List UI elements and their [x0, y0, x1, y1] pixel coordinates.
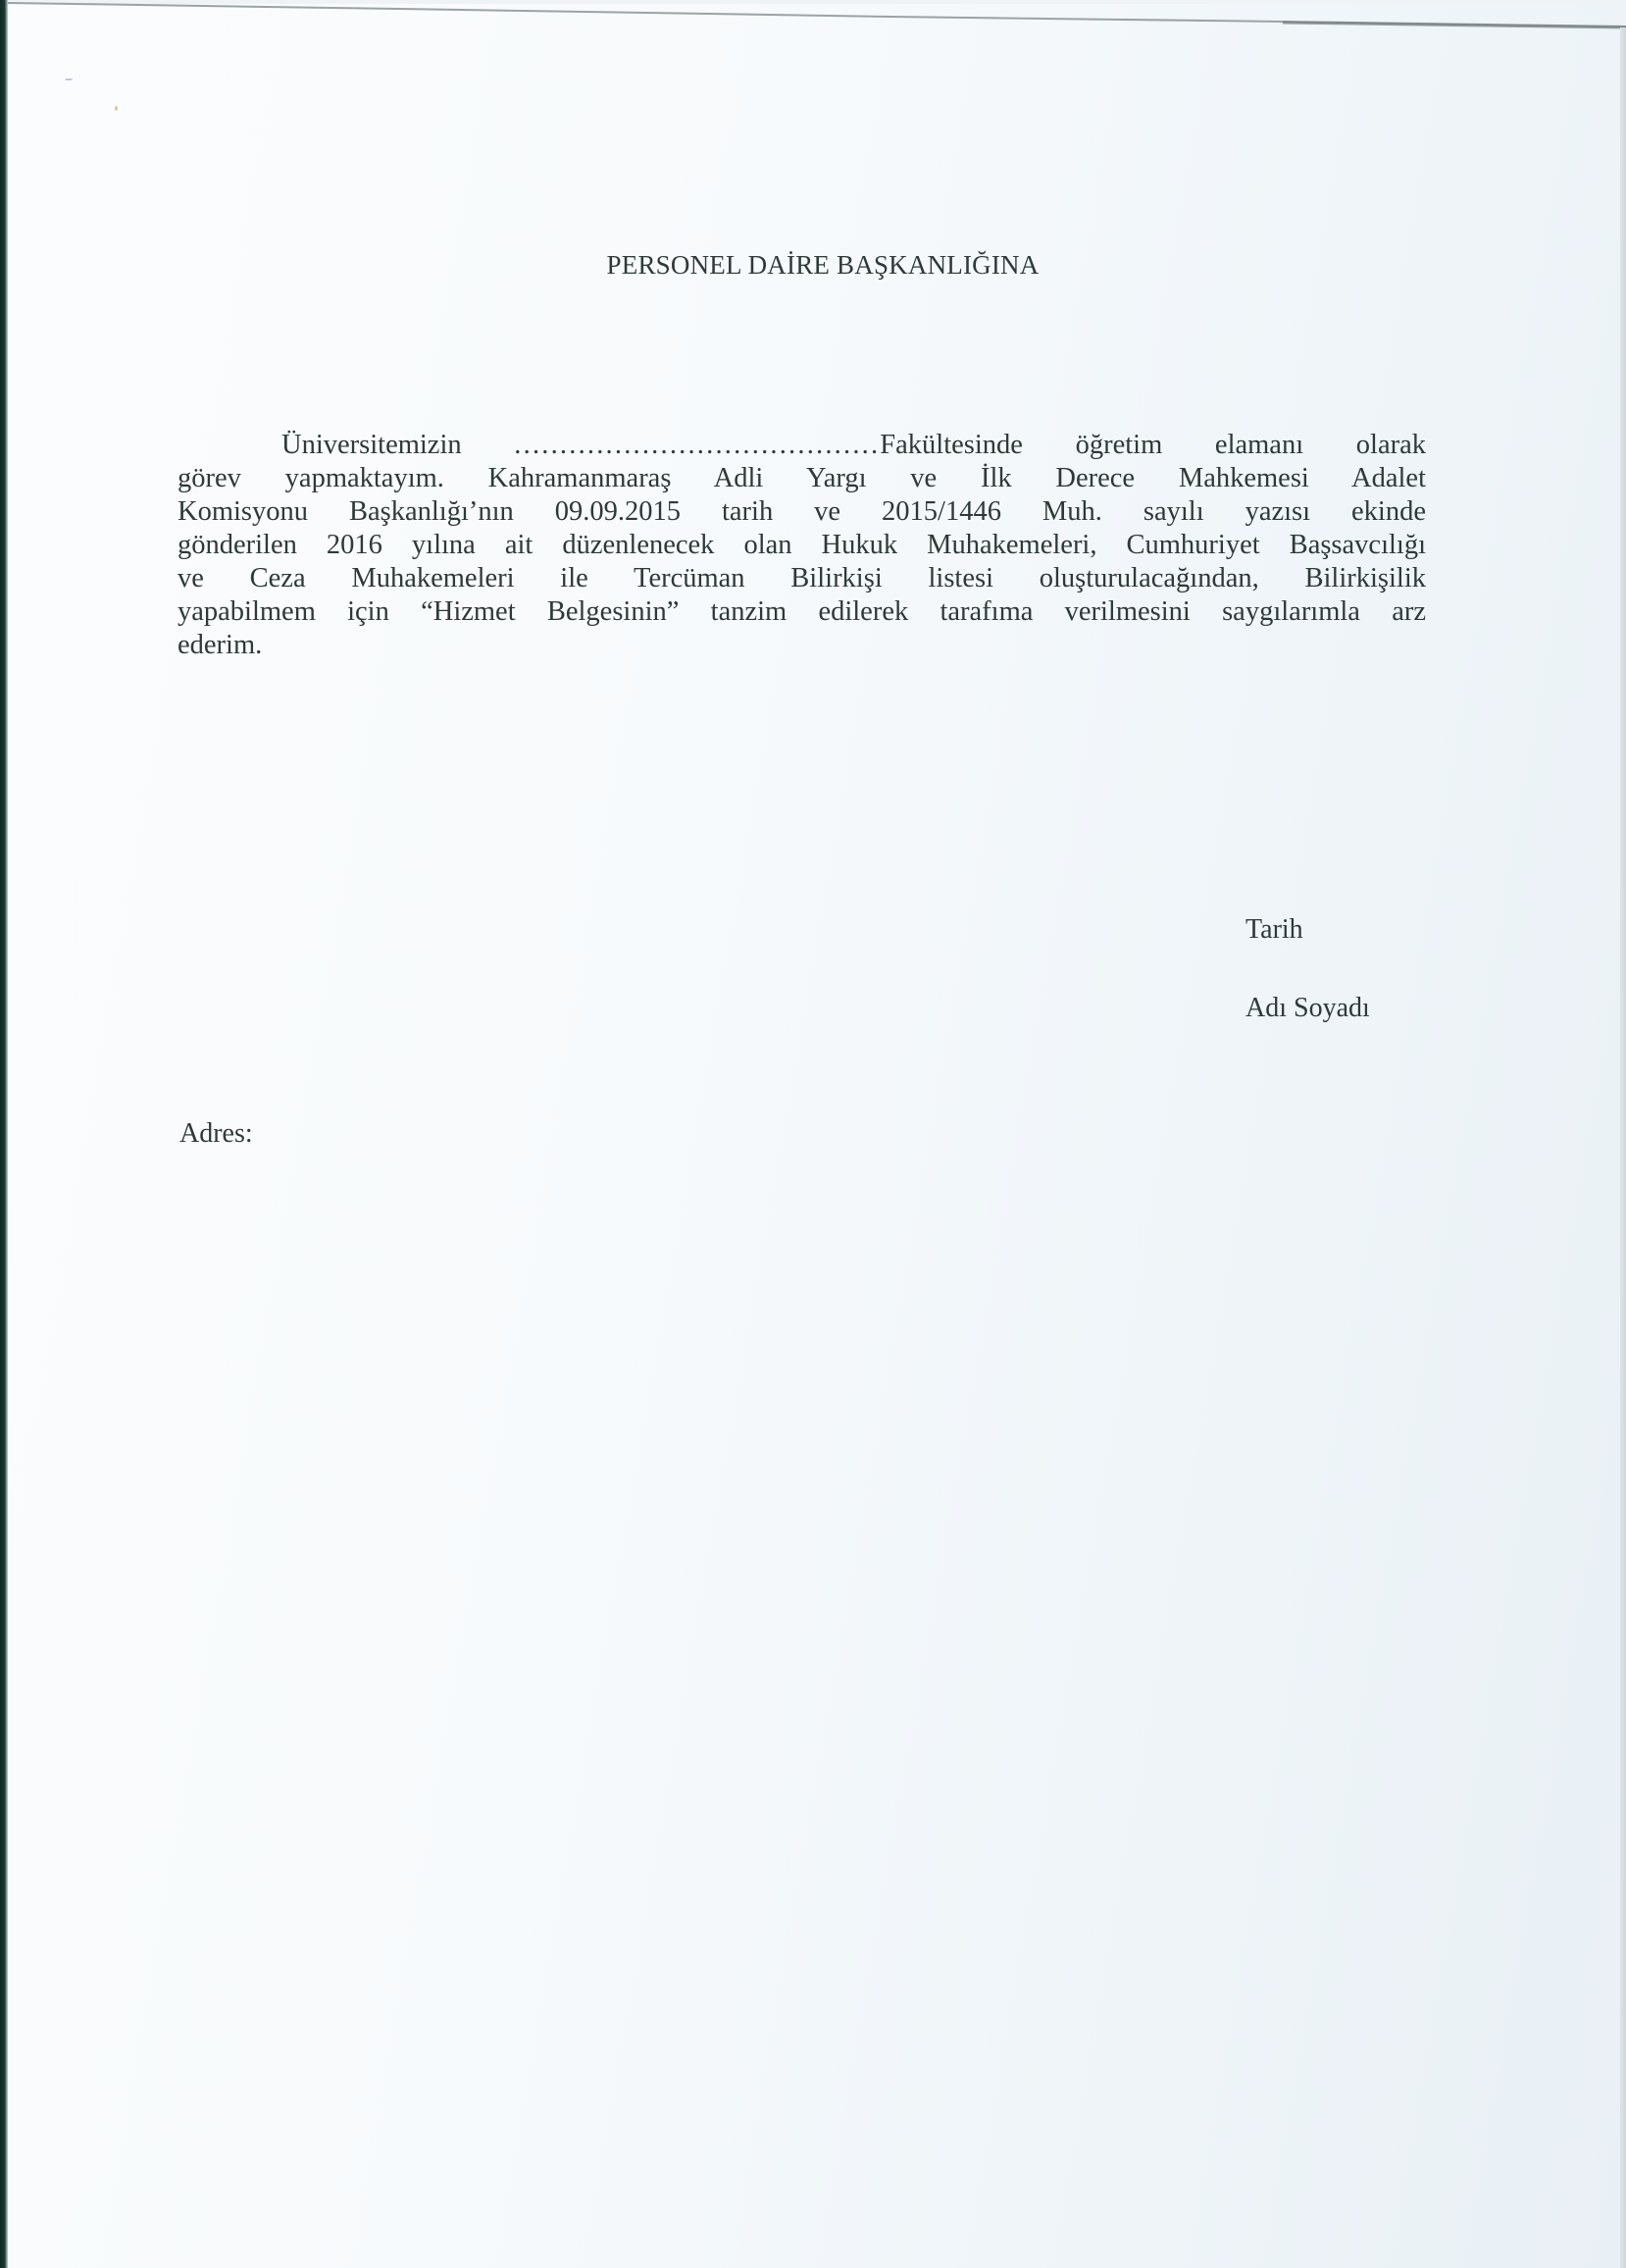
- body-line: gönderilen 2016 yılına ait düzenlenecek …: [178, 529, 1426, 562]
- date-label: Tarih: [1245, 914, 1370, 957]
- body-line: Üniversitemizin ........................…: [178, 429, 1426, 462]
- body-line: ve Ceza Muhakemeleri ile Tercüman Bilirk…: [178, 562, 1426, 595]
- body-line: Komisyonu Başkanlığı’nın 09.09.2015 tari…: [178, 495, 1426, 529]
- address-label: Adres:: [179, 1118, 253, 1150]
- signature-block: Tarih Adı Soyadı: [1245, 914, 1370, 1071]
- body-paragraph: Üniversitemizin ........................…: [178, 429, 1426, 662]
- body-line: yapabilmem için “Hizmet Belgesinin” tanz…: [178, 595, 1426, 629]
- scan-speck: [65, 78, 73, 80]
- body-text: Fakültesinde öğretim elamanı olarak: [880, 430, 1426, 460]
- university-label: Üniversitemizin: [281, 430, 462, 460]
- body-line: ederim.: [178, 629, 1426, 662]
- scan-speck: [115, 106, 118, 111]
- document-title: PERSONEL DAİRE BAŞKANLIĞINA: [0, 250, 1626, 281]
- name-surname-label: Adı Soyadı: [1245, 993, 1370, 1036]
- scanner-edge-left: [0, 0, 8, 2268]
- scanner-edge-right: [1620, 27, 1626, 2268]
- faculty-blank-field[interactable]: ........................................: [514, 430, 880, 460]
- body-line: görev yapmaktayım. Kahramanmaraş Adli Ya…: [178, 462, 1426, 495]
